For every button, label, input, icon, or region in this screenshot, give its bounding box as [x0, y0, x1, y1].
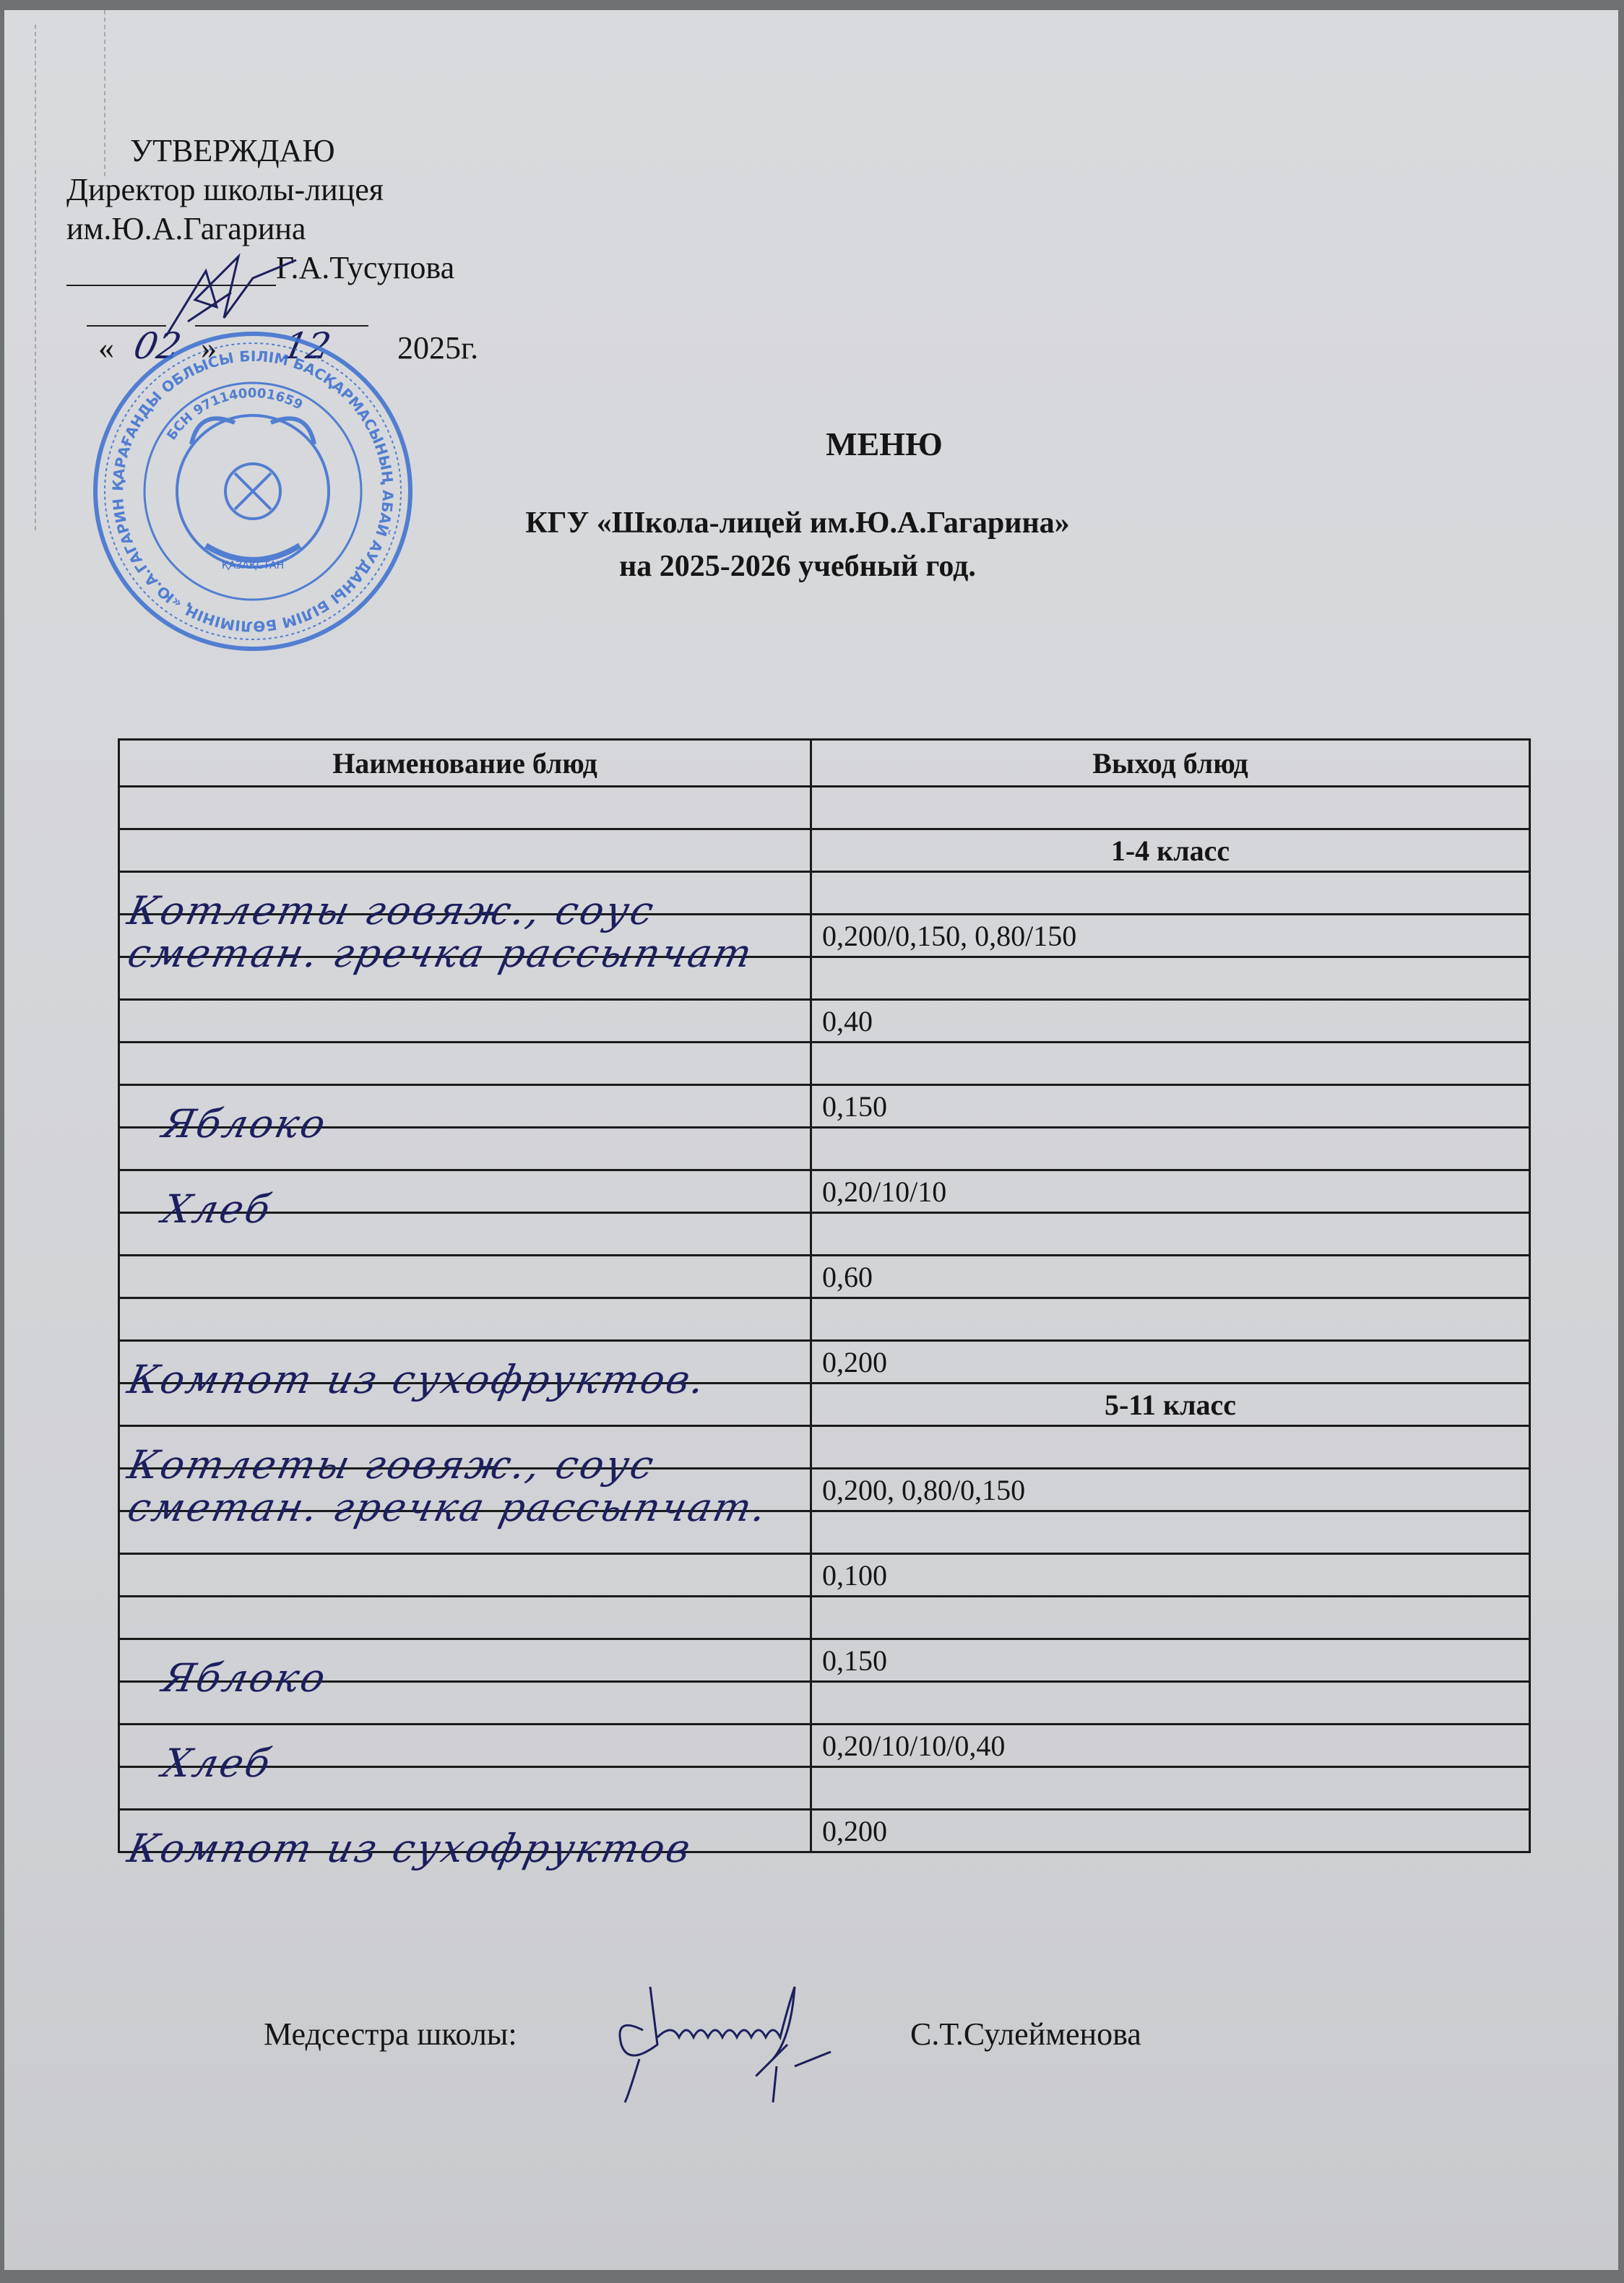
dish-output-cell	[811, 1597, 1530, 1639]
approval-heading: УТВЕРЖДАЮ	[66, 131, 478, 171]
dish-cell	[119, 1597, 811, 1639]
dish-name-handwritten: Хлеб	[158, 1740, 276, 1786]
dish-name-handwritten: Котлеты говяж., соус	[124, 1442, 660, 1488]
table-row	[119, 1043, 1530, 1085]
nurse-signature	[600, 1965, 903, 2110]
dish-name-handwritten: сметан. гречка рассыпчат.	[124, 1485, 772, 1530]
dish-output-cell: 0,200	[811, 1341, 1530, 1384]
dish-output-cell: 0,60	[811, 1256, 1530, 1298]
dish-cell	[119, 1256, 811, 1298]
dish-cell	[119, 1298, 811, 1341]
dish-name-handwritten: Яблоко	[158, 1101, 332, 1147]
dish-cell: Компот из сухофруктов.	[119, 1341, 811, 1384]
dish-output-cell: 0,20/10/10/0,40	[811, 1725, 1530, 1767]
table-row	[119, 1682, 1530, 1725]
dish-cell: Яблоко	[119, 1639, 811, 1682]
dish-cell: Хлеб	[119, 1170, 811, 1213]
dish-cell: Котлеты говяж., соус	[119, 872, 811, 915]
table-row	[119, 1298, 1530, 1341]
table-row	[119, 1128, 1530, 1170]
dish-output-cell	[811, 1043, 1530, 1085]
table-row	[119, 1767, 1530, 1810]
dish-cell: Хлеб	[119, 1725, 811, 1767]
dish-cell	[119, 1554, 811, 1597]
table-row: 0,60	[119, 1256, 1530, 1298]
dish-name-handwritten: Котлеты говяж., соус	[124, 888, 660, 933]
dish-cell	[119, 829, 811, 872]
dish-output-cell: 0,200/0,150, 0,80/150	[811, 915, 1530, 957]
dish-output-cell	[811, 787, 1530, 829]
official-stamp: ҚАРАҒАНДЫ ОБЛЫСЫ БІЛІМ БАСҚАРМАСЫНЫҢ АБА…	[90, 329, 415, 654]
dish-output-cell	[811, 1128, 1530, 1170]
dish-output-cell	[811, 1767, 1530, 1810]
dish-output-cell: 0,100	[811, 1554, 1530, 1597]
table-row	[119, 787, 1530, 829]
dish-output-cell	[811, 1298, 1530, 1341]
dish-output-cell	[811, 872, 1530, 915]
class-section-label: 5-11 класс	[811, 1384, 1530, 1426]
dish-name-handwritten: Хлеб	[158, 1186, 276, 1232]
dish-cell: Компот из сухофруктов	[119, 1810, 811, 1852]
table-row	[119, 1597, 1530, 1639]
nurse-label: Медсестра школы:	[264, 2016, 517, 2052]
table-row: Котлеты говяж., соус	[119, 872, 1530, 915]
menu-table-body: 1-4 классКотлеты говяж., соуссметан. гре…	[119, 787, 1530, 1852]
dish-output-cell	[811, 1426, 1530, 1469]
dish-name-handwritten: сметан. гречка рассыпчат	[124, 931, 758, 976]
dish-output-cell	[811, 1511, 1530, 1554]
school-name-short: им.Ю.А.Гагарина	[66, 210, 478, 249]
dish-name-handwritten: Яблоко	[158, 1655, 332, 1701]
table-header-row: Наименование блюд Выход блюд	[119, 740, 1530, 787]
dish-output-cell: 0,20/10/10	[811, 1170, 1530, 1213]
dish-name-handwritten: Компот из сухофруктов.	[124, 1357, 711, 1402]
document-title: МЕНЮ	[72, 425, 1624, 463]
column-header-output: Выход блюд	[811, 740, 1530, 787]
dish-output-cell	[811, 1213, 1530, 1256]
organization-name: КГУ «Школа-лицей им.Ю.А.Гагарина»	[0, 506, 1610, 540]
table-row: Хлеб0,20/10/10/0,40	[119, 1725, 1530, 1767]
dish-output-cell	[811, 957, 1530, 1000]
table-row: Котлеты говяж., соус	[119, 1426, 1530, 1469]
fold-crease	[35, 25, 36, 530]
dish-output-cell: 0,200	[811, 1810, 1530, 1852]
academic-year: на 2025-2026 учебный год.	[0, 549, 1610, 584]
footer-signoff: Медсестра школы: С.Т.Сулейменова	[264, 2016, 517, 2053]
dish-cell	[119, 1000, 811, 1043]
class-section-label: 1-4 класс	[811, 829, 1530, 872]
dish-name-handwritten: Компот из сухофруктов	[124, 1826, 696, 1871]
dish-output-cell: 0,200, 0,80/0,150	[811, 1469, 1530, 1511]
table-row: Компот из сухофруктов0,200	[119, 1810, 1530, 1852]
table-row: Яблоко0,150	[119, 1085, 1530, 1128]
section-row: 1-4 класс	[119, 829, 1530, 872]
table-row: Яблоко0,150	[119, 1639, 1530, 1682]
menu-table: Наименование блюд Выход блюд 1-4 классКо…	[118, 738, 1531, 1853]
dish-cell	[119, 1043, 811, 1085]
table-row: Хлеб0,20/10/10	[119, 1170, 1530, 1213]
dish-cell: Яблоко	[119, 1085, 811, 1128]
column-header-dish: Наименование блюд	[119, 740, 811, 787]
director-position: Директор школы-лицея	[66, 171, 478, 210]
table-row: 0,40	[119, 1000, 1530, 1043]
table-row: Компот из сухофруктов.0,200	[119, 1341, 1530, 1384]
dish-output-cell: 0,150	[811, 1639, 1530, 1682]
dish-output-cell: 0,40	[811, 1000, 1530, 1043]
dish-cell: Котлеты говяж., соус	[119, 1426, 811, 1469]
dish-cell	[119, 787, 811, 829]
dish-output-cell: 0,150	[811, 1085, 1530, 1128]
table-row: 0,100	[119, 1554, 1530, 1597]
table-row	[119, 1213, 1530, 1256]
nurse-name: С.Т.Сулейменова	[910, 2016, 1141, 2053]
dish-output-cell	[811, 1682, 1530, 1725]
